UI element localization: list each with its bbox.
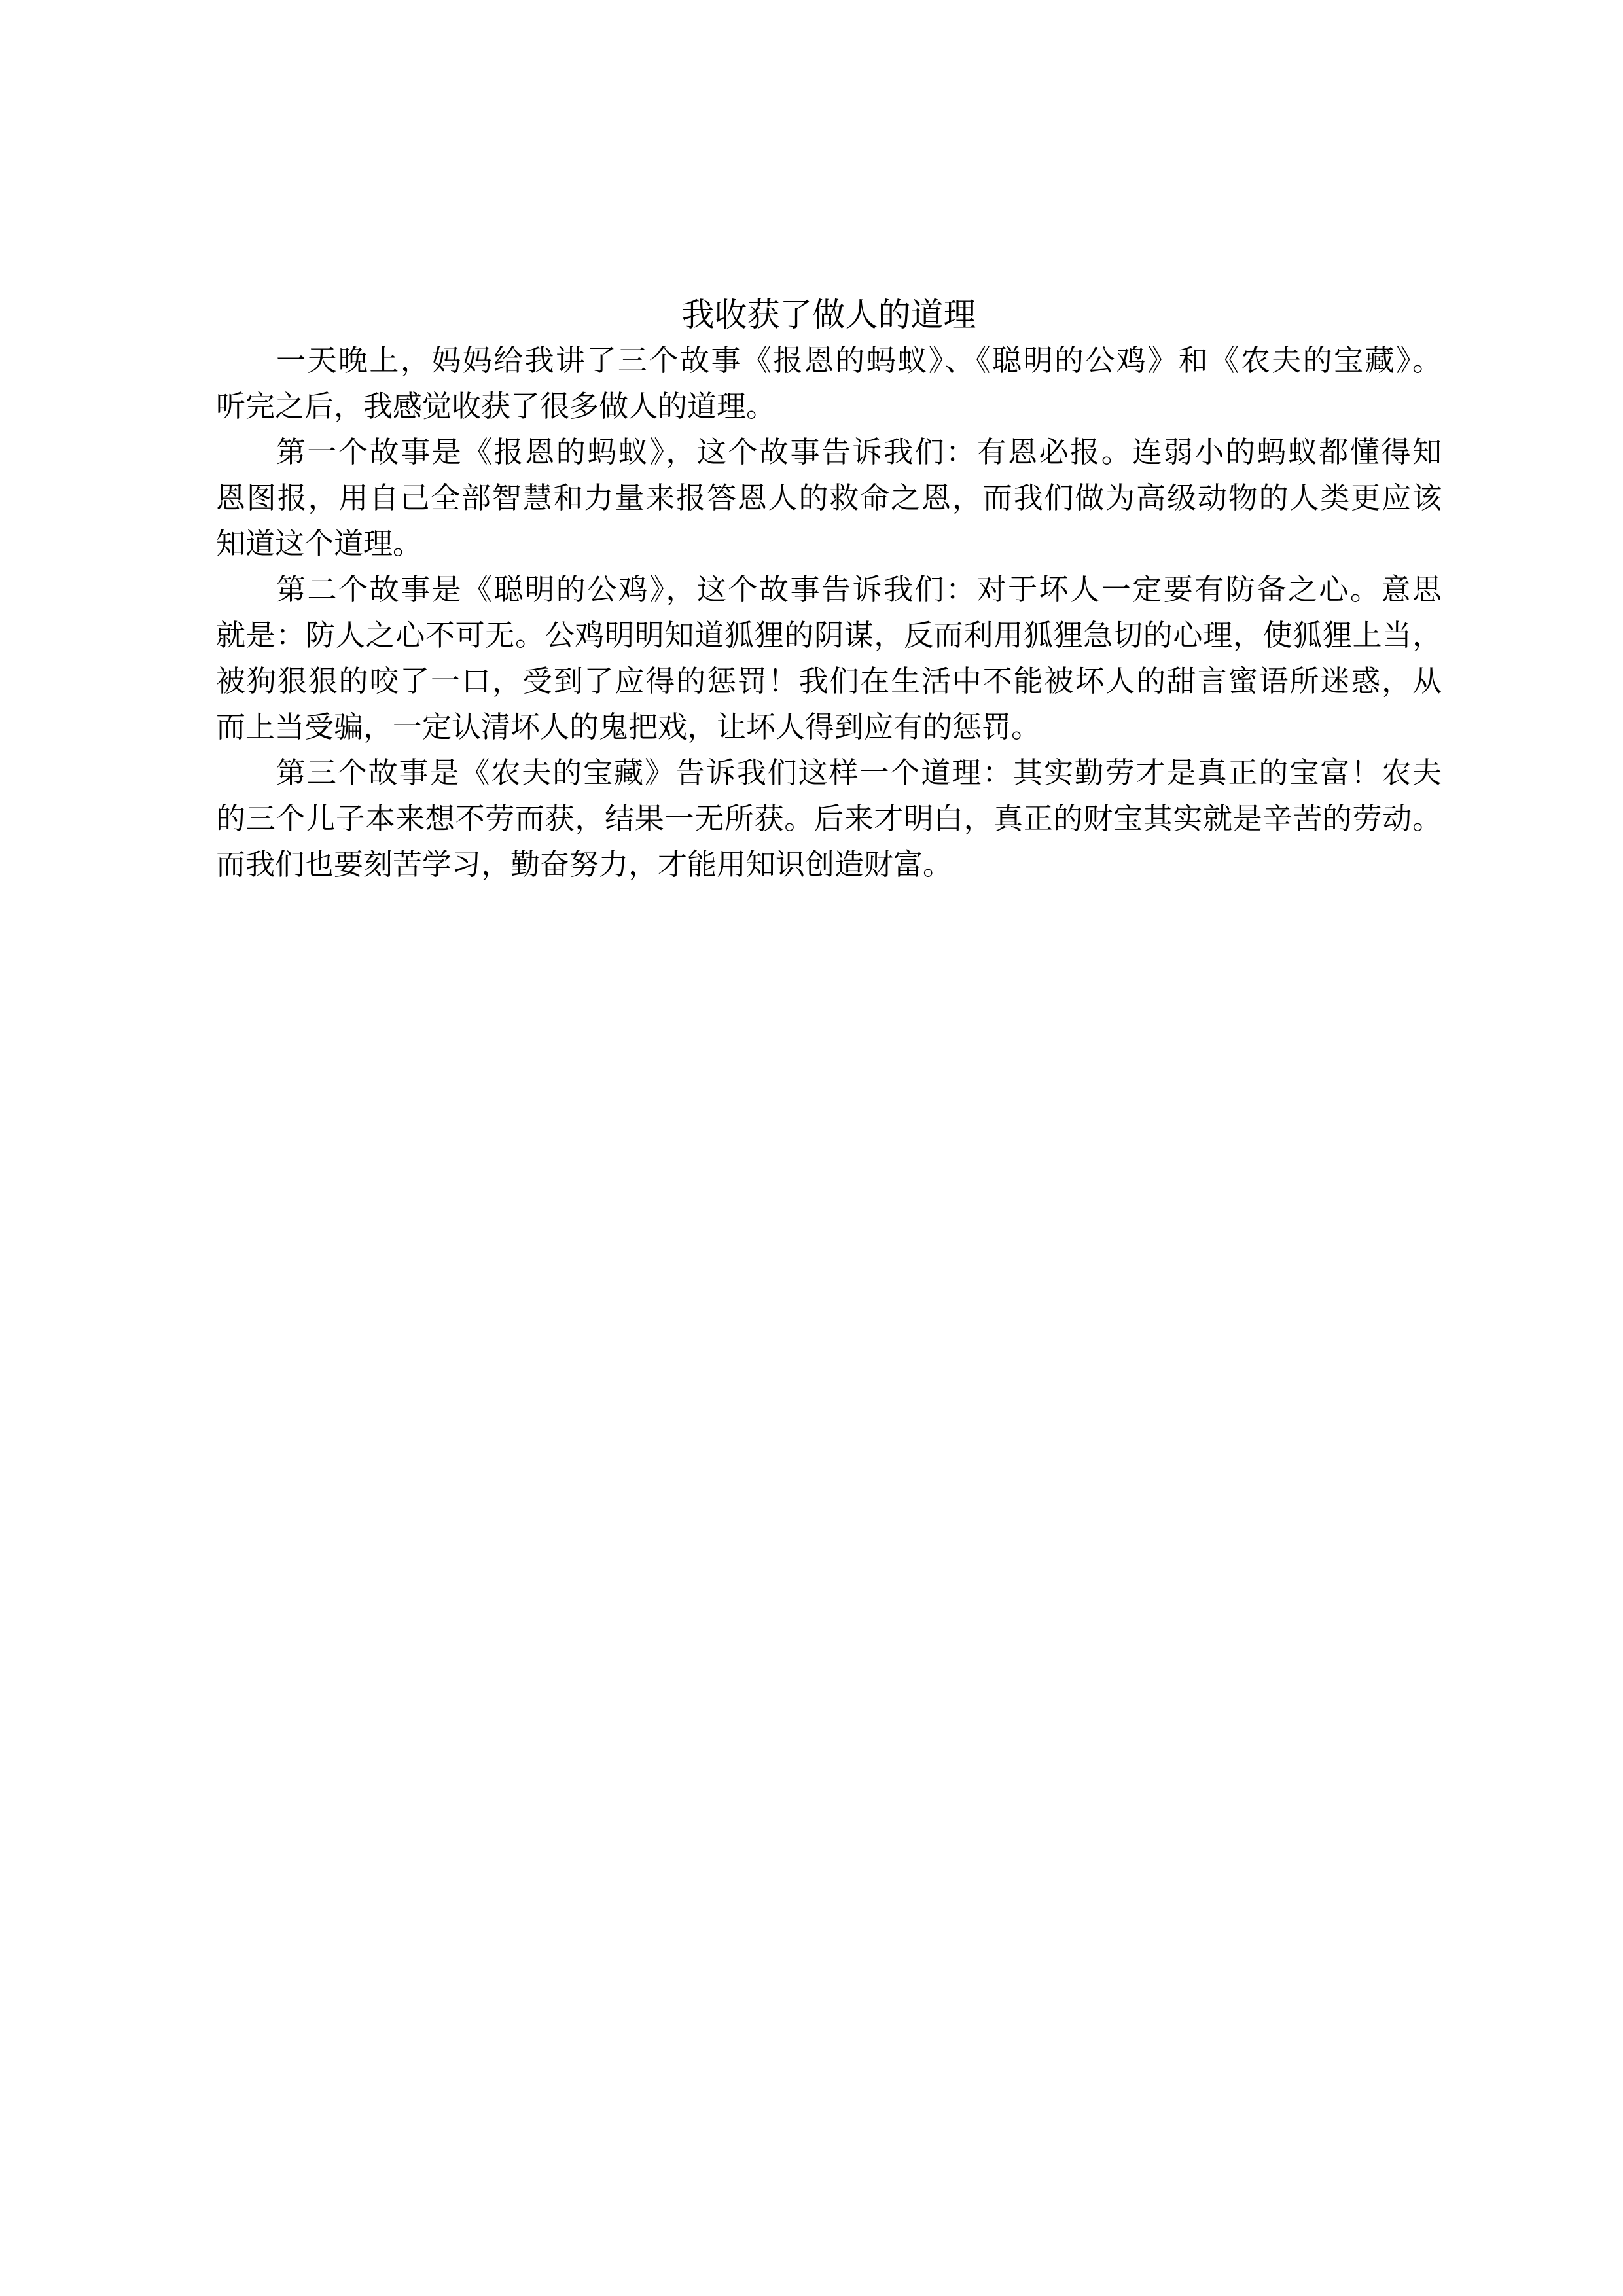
text-line: 一天晚上，妈妈给我讲了三个故事《报恩的蚂蚁》、《聪明的公鸡》和《农夫的宝藏》。	[216, 338, 1442, 384]
text-line: 的三个儿子本来想不劳而获，结果一无所获。后来才明白，真正的财宝其实就是辛苦的劳动…	[216, 796, 1442, 842]
essay-paragraph: 第三个故事是《农夫的宝藏》告诉我们这样一个道理：其实勤劳才是真正的宝富！农夫的三…	[216, 750, 1442, 888]
essay-title: 我收获了做人的道理	[216, 292, 1442, 338]
text-line: 第三个故事是《农夫的宝藏》告诉我们这样一个道理：其实勤劳才是真正的宝富！农夫	[216, 750, 1442, 796]
essay-body: 一天晚上，妈妈给我讲了三个故事《报恩的蚂蚁》、《聪明的公鸡》和《农夫的宝藏》。听…	[216, 338, 1442, 888]
text-line: 就是：防人之心不可无。公鸡明明知道狐狸的阴谋，反而利用狐狸急切的心理，使狐狸上当…	[216, 613, 1442, 658]
text-line: 而我们也要刻苦学习，勤奋努力，才能用知识创造财富。	[216, 842, 1442, 888]
text-line: 而上当受骗，一定认清坏人的鬼把戏，让坏人得到应有的惩罚。	[216, 704, 1442, 750]
text-line: 恩图报，用自己全部智慧和力量来报答恩人的救命之恩，而我们做为高级动物的人类更应该	[216, 475, 1442, 521]
essay-paragraph: 第二个故事是《聪明的公鸡》，这个故事告诉我们：对于坏人一定要有防备之心。意思就是…	[216, 567, 1442, 750]
essay-paragraph: 第一个故事是《报恩的蚂蚁》，这个故事告诉我们：有恩必报。连弱小的蚂蚁都懂得知恩图…	[216, 429, 1442, 567]
document-page: 我收获了做人的道理 一天晚上，妈妈给我讲了三个故事《报恩的蚂蚁》、《聪明的公鸡》…	[0, 0, 1623, 2296]
essay-content: 我收获了做人的道理 一天晚上，妈妈给我讲了三个故事《报恩的蚂蚁》、《聪明的公鸡》…	[216, 292, 1442, 888]
text-line: 第二个故事是《聪明的公鸡》，这个故事告诉我们：对于坏人一定要有防备之心。意思	[216, 567, 1442, 613]
text-line: 听完之后，我感觉收获了很多做人的道理。	[216, 384, 1442, 429]
text-line: 知道这个道理。	[216, 521, 1442, 567]
text-line: 被狗狠狠的咬了一口，受到了应得的惩罚！我们在生活中不能被坏人的甜言蜜语所迷惑，从	[216, 658, 1442, 704]
text-line: 第一个故事是《报恩的蚂蚁》，这个故事告诉我们：有恩必报。连弱小的蚂蚁都懂得知	[216, 429, 1442, 475]
essay-paragraph: 一天晚上，妈妈给我讲了三个故事《报恩的蚂蚁》、《聪明的公鸡》和《农夫的宝藏》。听…	[216, 338, 1442, 429]
